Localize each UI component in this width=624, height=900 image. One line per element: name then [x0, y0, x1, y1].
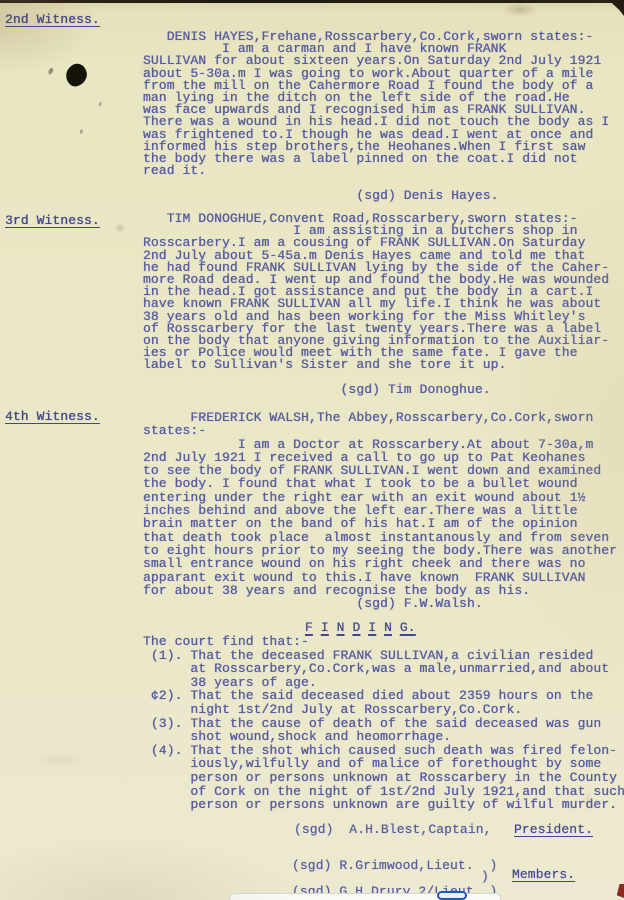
witness-3-heading: 3rd Witness.: [5, 213, 100, 228]
finding-heading: F I N D I N G.: [305, 620, 416, 635]
president-signature-line: (sgd) A.H.Blest,Captain,: [294, 822, 492, 837]
witness-4-heading: 4th Witness.: [5, 409, 100, 424]
paper-top-edge: [0, 0, 624, 3]
president-title: President.: [514, 822, 593, 837]
witness-2-heading: 2nd Witness.: [5, 12, 100, 27]
document-page: 2nd Witness. DENIS HAYES,Frehane,Rosscar…: [0, 0, 624, 900]
finding-text: The court find that:- (1). That the dece…: [143, 635, 624, 812]
witness-3-statement: TIM DONOGHUE,Convent Road,Rosscarbery,sw…: [143, 213, 609, 396]
members-signature-line-1: (sgd) R.Grimwood,Lieut. ): [292, 858, 497, 873]
witness-2-statement: DENIS HAYES,Frehane,Rosscarbery,Co.Cork,…: [143, 31, 609, 202]
members-brace: ): [481, 869, 489, 884]
ink-blot: [64, 62, 90, 88]
members-title: Members.: [512, 867, 575, 882]
button-peek[interactable]: [437, 891, 467, 900]
scan-red-mark: [616, 884, 624, 898]
witness-4-statement: FREDERICK WALSH,The Abbey,Rosscarbery,Co…: [143, 411, 617, 610]
